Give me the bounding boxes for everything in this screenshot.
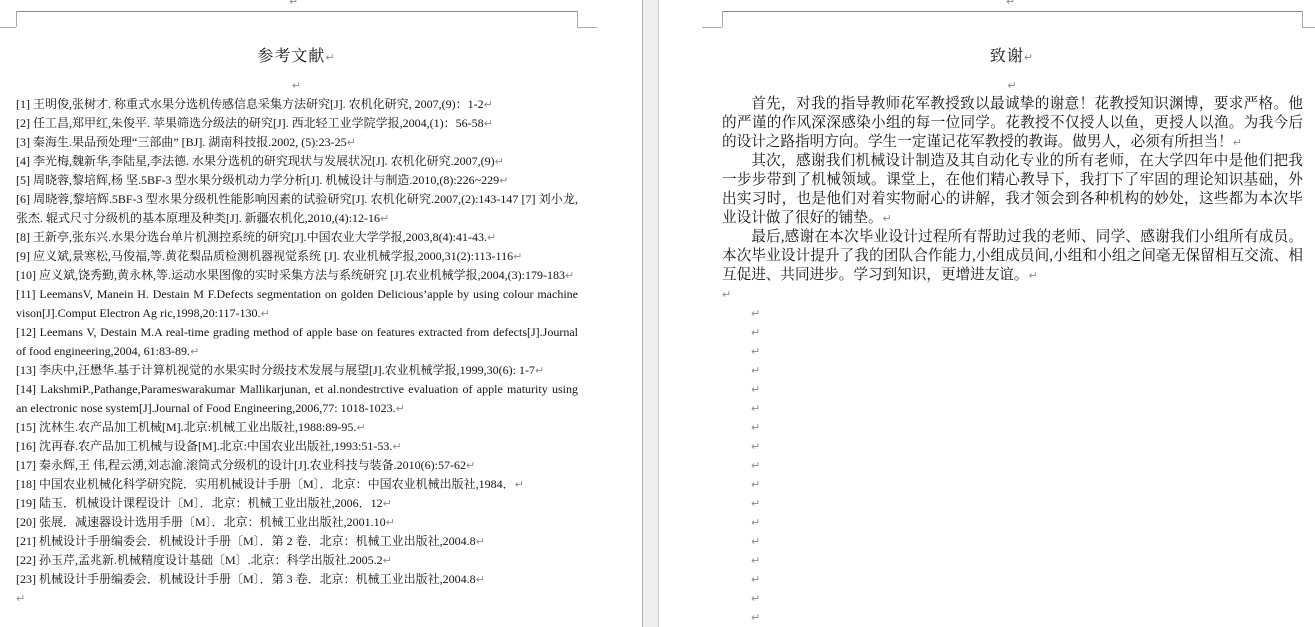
text-boundary-top <box>722 11 1302 12</box>
reference-item-text: [3] 秦海生.果品预处理“三部曲” [BJ]. 湖南科技报.2002, (5)… <box>16 135 347 149</box>
reference-item-text: [5] 周晓蓉,黎培辉,杨 坚.5BF-3 型水果分级机动力学分析[J]. 机械… <box>16 173 499 187</box>
reference-item-text: [21] 机械设计手册编委会．机械设计手册〔M〕．第 2 卷．北京：机械工业出版… <box>16 534 476 548</box>
pilcrow-icon: ↵ <box>1028 269 1037 282</box>
reference-item[interactable]: [10] 应义斌,饶秀勤,黄永林,等.运动水果图像的实时采集方法与系统研究 [J… <box>16 266 578 285</box>
acknowledgement-paragraph-text: 其次，感谢我们机械设计制造及其自动化专业的所有老师，在大学四年中是他们把我一步步… <box>722 153 1303 226</box>
reference-item[interactable]: [9] 应义斌,景寒松,马俊福,等.黄花梨品质检测机器视觉系统 [J]. 农业机… <box>16 247 578 266</box>
reference-item-text: [14] LakshmiP.,Pathange,Parameswarakumar… <box>16 382 578 415</box>
empty-paragraph[interactable]: ↵ <box>722 513 1303 532</box>
empty-paragraph[interactable]: ↵ <box>722 437 1303 456</box>
reference-item-text: [2] 任工昌,郑甲红,朱俊平. 苹果筛选分级法的研究[J]. 西北轻工业学院学… <box>16 116 484 130</box>
reference-item-text: [20] 张展．减速器设计选用手册〔M〕．北京：机械工业出版社,2001.10 <box>16 515 386 529</box>
pilcrow-icon: ↵ <box>751 535 760 548</box>
pilcrow-icon: ↵ <box>484 98 493 111</box>
pilcrow-icon: ↵ <box>751 611 760 624</box>
reference-item[interactable]: [18] 中国农业机械化科学研究院．实用机械设计手册〔M〕．北京：中国农业机械出… <box>16 475 578 494</box>
empty-paragraph[interactable]: ↵ <box>16 589 578 608</box>
reference-item[interactable]: [6] 周晓蓉,黎培辉.5BF-3 型水果分级机性能影响因素的试验研究[J]. … <box>16 190 578 228</box>
pilcrow-icon: ↵ <box>883 212 892 225</box>
pilcrow-icon: ↵ <box>476 573 485 586</box>
empty-paragraph[interactable]: ↵ <box>722 494 1303 513</box>
pilcrow-icon: ↵ <box>347 136 356 149</box>
reference-item[interactable]: [8] 王新亭,张东兴.水果分选台单片机测控系统的研究[J].中国农业大学学报,… <box>16 228 578 247</box>
text-boundary-corner-left-tick <box>0 27 16 28</box>
pilcrow-icon: ↵ <box>1233 136 1242 149</box>
trailing-empty-paragraphs[interactable]: ↵↵↵↵↵↵↵↵↵↵↵↵↵↵↵↵↵↵ <box>722 285 1303 627</box>
reference-item-text: [16] 沈再春.农产品加工机械与设备[M].北京:中国农业出版社,1993:5… <box>16 439 392 453</box>
previous-page-paragraph-mark: ↵ <box>1006 0 1015 8</box>
document-page-references[interactable]: ↵ 参考文献↵ ↵ [1] 王明俊,张树才. 称重式水果分选机传感信息采集方法研… <box>0 0 642 627</box>
empty-paragraph[interactable]: ↵ <box>722 551 1303 570</box>
pilcrow-icon: ↵ <box>292 79 301 92</box>
reference-item[interactable]: [11] LeemansV, Manein H. Destain M F.Def… <box>16 285 578 323</box>
empty-paragraph[interactable]: ↵ <box>722 342 1303 361</box>
page-gap <box>642 0 659 627</box>
pilcrow-icon: ↵ <box>386 516 395 529</box>
pilcrow-icon: ↵ <box>751 326 760 339</box>
reference-item-text: [10] 应义斌,饶秀勤,黄永林,等.运动水果图像的实时采集方法与系统研究 [J… <box>16 268 565 282</box>
reference-item-text: [9] 应义斌,景寒松,马俊福,等.黄花梨品质检测机器视觉系统 [J]. 农业机… <box>16 249 513 263</box>
text-boundary-corner-right-tick <box>577 27 597 28</box>
text-boundary-corner-right <box>1302 11 1303 27</box>
pilcrow-icon: ↵ <box>751 592 760 605</box>
empty-paragraph[interactable]: ↵ <box>722 532 1303 551</box>
reference-item-text: [17] 秦永辉,王 伟,程云湧,刘志渝.滚筒式分级机的设计[J].农业科技与装… <box>16 458 466 472</box>
pilcrow-icon: ↵ <box>325 51 335 64</box>
acknowledgement-paragraph[interactable]: 首先，对我的指导教师花军教授致以最诚挚的谢意！花教授知识渊博，要求严格。他的严谨… <box>722 95 1303 152</box>
reference-item-text: [22] 孙玉芹,孟兆新.机械精度设计基础〔M〕.北京：科学出版社.2005.2 <box>16 553 383 567</box>
empty-paragraph[interactable]: ↵ <box>722 608 1303 627</box>
pilcrow-icon: ↵ <box>190 345 199 358</box>
empty-paragraph[interactable]: ↵ <box>722 380 1303 399</box>
reference-item[interactable]: [17] 秦永辉,王 伟,程云湧,刘志渝.滚筒式分级机的设计[J].农业科技与装… <box>16 456 578 475</box>
pilcrow-icon: ↵ <box>289 0 298 8</box>
section-title-references[interactable]: 参考文献↵ <box>16 44 577 70</box>
text-boundary-corner-left-tick <box>702 27 722 28</box>
empty-paragraph[interactable]: ↵ <box>722 570 1303 589</box>
reference-item[interactable]: [5] 周晓蓉,黎培辉,杨 坚.5BF-3 型水果分级机动力学分析[J]. 机械… <box>16 171 578 190</box>
reference-item[interactable]: [3] 秦海生.果品预处理“三部曲” [BJ]. 湖南科技报.2002, (5)… <box>16 133 578 152</box>
pilcrow-icon: ↵ <box>565 269 574 282</box>
reference-item-text: [1] 王明俊,张树才. 称重式水果分选机传感信息采集方法研究[J]. 农机化研… <box>16 97 484 111</box>
pilcrow-icon: ↵ <box>751 478 760 491</box>
reference-item[interactable]: [4] 李光梅,魏新华,李陆星,李法德. 水果分选机的研究现状与发展状况[J].… <box>16 152 578 171</box>
pilcrow-icon: ↵ <box>383 497 392 510</box>
pilcrow-icon: ↵ <box>1024 51 1034 64</box>
pilcrow-icon: ↵ <box>751 421 760 434</box>
empty-paragraph-centered[interactable]: ↵ <box>722 75 1302 94</box>
reference-item-text: [11] LeemansV, Manein H. Destain M F.Def… <box>16 287 578 320</box>
reference-item[interactable]: [1] 王明俊,张树才. 称重式水果分选机传感信息采集方法研究[J]. 农机化研… <box>16 95 578 114</box>
empty-paragraph[interactable]: ↵ <box>722 456 1303 475</box>
reference-item-text: [13] 李庆中,汪懋华.基于计算机视觉的水果实时分级技术发展与展望[J].农业… <box>16 363 535 377</box>
acknowledgement-paragraph-text: 首先，对我的指导教师花军教授致以最诚挚的谢意！花教授知识渊博，要求严格。他的严谨… <box>722 96 1303 150</box>
reference-item[interactable]: [14] LakshmiP.,Pathange,Parameswarakumar… <box>16 380 578 418</box>
empty-paragraph-centered[interactable]: ↵ <box>16 75 577 94</box>
pilcrow-icon: ↵ <box>751 345 760 358</box>
reference-item[interactable]: [13] 李庆中,汪懋华.基于计算机视觉的水果实时分级技术发展与展望[J].农业… <box>16 361 578 380</box>
pilcrow-icon: ↵ <box>261 307 270 320</box>
pilcrow-icon: ↵ <box>513 250 522 263</box>
section-title-acknowledgements[interactable]: 致谢↵ <box>722 44 1302 70</box>
pilcrow-icon: ↵ <box>396 402 405 415</box>
pilcrow-icon: ↵ <box>1006 0 1015 8</box>
section-title-text: 参考文献 <box>257 48 325 65</box>
reference-item[interactable]: [15] 沈林生.农产品加工机械[M].北京:机械工业出版社,1988:89-9… <box>16 418 578 437</box>
text-boundary-corner-right-tick <box>1302 27 1315 28</box>
document-page-acknowledgements[interactable]: ↵ 致谢↵ ↵ 首先，对我的指导教师花军教授致以最诚挚的谢意！花教授知识渊博，要… <box>659 0 1315 627</box>
reference-item-text: [6] 周晓蓉,黎培辉.5BF-3 型水果分级机性能影响因素的试验研究[J]. … <box>16 192 578 225</box>
acknowledgement-paragraph-text: 最后,感谢在本次毕业设计过程所有帮助过我的老师、同学、感谢我们小组所有成员。本次… <box>722 229 1303 283</box>
empty-paragraph[interactable]: ↵ <box>722 323 1303 342</box>
reference-item-text: [19] 陆玉．机械设计课程设计〔M〕．北京：机械工业出版社,2006．12 <box>16 496 383 510</box>
pilcrow-icon: ↵ <box>751 383 760 396</box>
reference-item-text: [12] Leemans V, Destain M.A real-time gr… <box>16 325 578 358</box>
section-title-text: 致谢 <box>990 48 1024 65</box>
reference-item[interactable]: [20] 张展．减速器设计选用手册〔M〕．北京：机械工业出版社,2001.10↵ <box>16 513 578 532</box>
pilcrow-icon: ↵ <box>484 117 493 130</box>
acknowledgement-paragraph[interactable]: 最后,感谢在本次毕业设计过程所有帮助过我的老师、同学、感谢我们小组所有成员。本次… <box>722 228 1303 285</box>
reference-item-text: [23] 机械设计手册编委会．机械设计手册〔M〕．第 3 卷．北京：机械工业出版… <box>16 572 476 586</box>
pilcrow-icon: ↵ <box>515 478 524 491</box>
pilcrow-icon: ↵ <box>392 440 401 453</box>
reference-item[interactable]: [22] 孙玉芹,孟兆新.机械精度设计基础〔M〕.北京：科学出版社.2005.2… <box>16 551 578 570</box>
acknowledgement-paragraph[interactable]: 其次，感谢我们机械设计制造及其自动化专业的所有老师，在大学四年中是他们把我一步步… <box>722 152 1303 228</box>
reference-item[interactable]: [23] 机械设计手册编委会．机械设计手册〔M〕．第 3 卷．北京：机械工业出版… <box>16 570 578 589</box>
pilcrow-icon: ↵ <box>380 212 389 225</box>
empty-paragraph[interactable]: ↵ <box>722 589 1303 608</box>
pilcrow-icon: ↵ <box>751 516 760 529</box>
reference-item[interactable]: [21] 机械设计手册编委会．机械设计手册〔M〕．第 2 卷．北京：机械工业出版… <box>16 532 578 551</box>
text-boundary-corner-right <box>577 11 578 27</box>
pilcrow-icon: ↵ <box>1007 79 1016 92</box>
pilcrow-icon: ↵ <box>495 155 504 168</box>
pilcrow-icon: ↵ <box>487 231 496 244</box>
pilcrow-icon: ↵ <box>383 554 392 567</box>
pilcrow-icon: ↵ <box>751 402 760 415</box>
empty-paragraph[interactable]: ↵ <box>722 399 1303 418</box>
empty-paragraph[interactable]: ↵ <box>722 361 1303 380</box>
empty-paragraph[interactable]: ↵ <box>722 418 1303 437</box>
reference-item-text: [15] 沈林生.农产品加工机械[M].北京:机械工业出版社,1988:89-9… <box>16 420 356 434</box>
reference-item[interactable]: [2] 任工昌,郑甲红,朱俊平. 苹果筛选分级法的研究[J]. 西北轻工业学院学… <box>16 114 578 133</box>
pilcrow-icon: ↵ <box>535 364 544 377</box>
empty-paragraph[interactable]: ↵ <box>722 475 1303 494</box>
pilcrow-icon: ↵ <box>751 554 760 567</box>
pilcrow-icon: ↵ <box>751 307 760 320</box>
references-list[interactable]: [1] 王明俊,张树才. 称重式水果分选机传感信息采集方法研究[J]. 农机化研… <box>16 95 578 608</box>
pilcrow-icon: ↵ <box>356 421 365 434</box>
reference-item[interactable]: [19] 陆玉．机械设计课程设计〔M〕．北京：机械工业出版社,2006．12↵ <box>16 494 578 513</box>
reference-item-text: [4] 李光梅,魏新华,李陆星,李法德. 水果分选机的研究现状与发展状况[J].… <box>16 154 495 168</box>
acknowledgement-paragraphs[interactable]: 首先，对我的指导教师花军教授致以最诚挚的谢意！花教授知识渊博，要求严格。他的严谨… <box>722 95 1303 285</box>
reference-item[interactable]: [16] 沈再春.农产品加工机械与设备[M].北京:中国农业出版社,1993:5… <box>16 437 578 456</box>
previous-page-paragraph-mark: ↵ <box>289 0 298 8</box>
pilcrow-icon: ↵ <box>16 592 25 605</box>
pilcrow-icon: ↵ <box>751 497 760 510</box>
empty-paragraph[interactable]: ↵ <box>722 304 1303 323</box>
empty-paragraph[interactable]: ↵ <box>722 285 1303 304</box>
pilcrow-icon: ↵ <box>722 288 731 301</box>
reference-item-text: [8] 王新亭,张东兴.水果分选台单片机测控系统的研究[J].中国农业大学学报,… <box>16 230 487 244</box>
text-boundary-corner-left <box>16 11 17 27</box>
pilcrow-icon: ↵ <box>751 440 760 453</box>
reference-item[interactable]: [12] Leemans V, Destain M.A real-time gr… <box>16 323 578 361</box>
pilcrow-icon: ↵ <box>466 459 475 472</box>
pilcrow-icon: ↵ <box>751 459 760 472</box>
reference-item-text: [18] 中国农业机械化科学研究院．实用机械设计手册〔M〕．北京：中国农业机械出… <box>16 477 515 491</box>
pilcrow-icon: ↵ <box>751 364 760 377</box>
pilcrow-icon: ↵ <box>499 174 508 187</box>
pilcrow-icon: ↵ <box>476 535 485 548</box>
pilcrow-icon: ↵ <box>751 573 760 586</box>
text-boundary-top <box>16 11 577 12</box>
text-boundary-corner-left <box>722 11 723 27</box>
